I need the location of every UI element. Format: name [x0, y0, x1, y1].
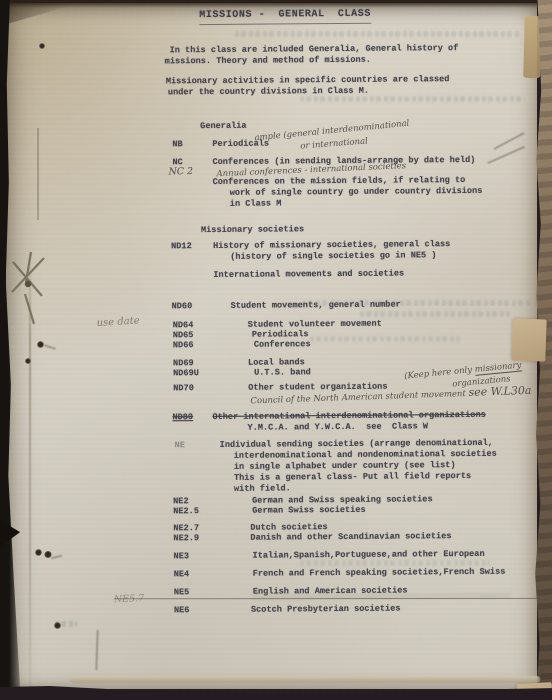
- class-caption: in Class M: [230, 199, 282, 208]
- class-caption: U.T.S. band: [254, 368, 311, 377]
- class-code: NE2.9: [173, 534, 199, 543]
- handwritten-note: or international: [300, 137, 368, 151]
- class-caption: interdenominational and nondenominationa…: [234, 450, 497, 461]
- class-code: NE3: [174, 552, 190, 561]
- photographed-document: MISSIONS - GENERAL CLASS In this class a…: [0, 0, 552, 700]
- class-caption: Danish and other Scandinavian societies: [250, 532, 451, 543]
- punch-hole: [37, 341, 44, 348]
- class-code: ND69U: [173, 369, 199, 378]
- class-code-struck: ND80: [172, 413, 193, 422]
- section-heading-missionary-societies: Missionary societies: [201, 225, 304, 235]
- class-caption: German Swiss societies: [252, 506, 366, 516]
- binding-thread: [4, 250, 50, 328]
- class-caption: Periodicals: [252, 330, 309, 339]
- page-stack-edge: [70, 676, 540, 683]
- note-text-underlined: missionary: [474, 360, 522, 375]
- paper-crack: [37, 128, 39, 220]
- class-code: ND64: [173, 321, 194, 330]
- typed-content: MISSIONS - GENERAL CLASS In this class a…: [0, 0, 552, 700]
- class-caption: Student movements, general number: [231, 301, 401, 311]
- class-caption: Conferences: [254, 340, 311, 349]
- scope-line: under the country divisions in Class M.: [168, 87, 369, 98]
- punch-hole: [39, 43, 45, 49]
- margin-note: use date: [96, 316, 139, 329]
- class-caption: Scotch Presbyterian societies: [251, 605, 401, 615]
- council-ref: see W.L30a: [468, 384, 531, 399]
- class-caption-struck: Other international interdenominational …: [212, 411, 485, 422]
- class-code: NE: [175, 441, 185, 450]
- class-code: NE5: [174, 588, 190, 597]
- erased-note: [252, 593, 512, 601]
- class-code: ND12: [171, 242, 192, 251]
- tape-patch: [511, 318, 546, 361]
- class-caption: French and French speaking societies,Fre…: [253, 568, 506, 579]
- class-caption: History of missionary societies, general…: [213, 240, 450, 251]
- class-code: NE2.7: [173, 524, 199, 533]
- class-caption: with field.: [234, 484, 291, 493]
- class-code: ND65: [173, 331, 194, 340]
- punch-hole: [54, 622, 61, 629]
- class-code: NB: [172, 140, 182, 149]
- class-caption: in single alphabet under country (see li…: [234, 461, 456, 472]
- intro-line: missions. Theory and method of missions.: [165, 56, 371, 67]
- class-code: ND60: [172, 302, 193, 311]
- class-code: NE2: [173, 497, 189, 506]
- handwritten-class-code: NC 2: [168, 167, 193, 177]
- class-caption: Student volunteer movement: [248, 320, 382, 330]
- class-caption: This is a general class- Put all field r…: [234, 472, 471, 483]
- class-code: ND66: [173, 341, 194, 350]
- intro-line: In this class are included Generalia, Ge…: [170, 44, 459, 55]
- class-code: NE2.5: [173, 507, 199, 516]
- class-caption: work of single country go under country …: [230, 187, 483, 198]
- class-code: ND69: [173, 359, 194, 368]
- scope-line: Missionary activities in specific countr…: [166, 75, 450, 86]
- class-caption: (history of single societies go in NE5 ): [230, 251, 436, 262]
- punch-hole: [35, 549, 42, 556]
- class-code: NE4: [174, 570, 190, 579]
- class-caption: Local bands: [248, 358, 305, 367]
- class-code: ND70: [173, 384, 194, 393]
- class-caption: Y.M.C.A. and Y.W.C.A. see Class W: [248, 422, 429, 432]
- class-caption: Italian,Spanish,Portuguese,and other Eur…: [253, 550, 485, 561]
- class-code: NE6: [174, 606, 190, 615]
- subheading-international: International movements and societies: [213, 269, 404, 280]
- section-heading-generalia: Generalia: [200, 122, 246, 131]
- page-title: MISSIONS - GENERAL CLASS: [199, 10, 371, 25]
